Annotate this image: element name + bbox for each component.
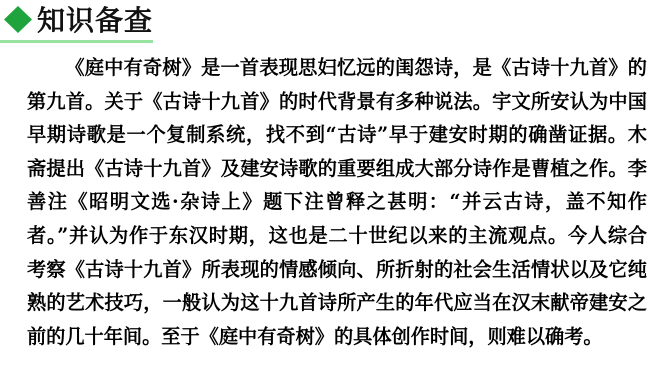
paragraph-line: 第九首。关于《古诗十九首》的时代背景有多种说法。宇文所安认为中国 (27, 85, 647, 119)
paragraph-line: 考察《古诗十九首》所表现的情感倾向、所折射的社会生活情状以及它纯 (27, 253, 647, 287)
paragraph-line: 早期诗歌是一个复制系统，找不到“古诗”早于建安时期的确凿证据。木 (27, 118, 647, 152)
paragraph-line: 善注《昭明文选·杂诗上》题下注曾释之甚明：“并云古诗，盖不知作 (27, 185, 647, 219)
paragraph-line: 熟的艺术技巧，一般认为这十九首诗所产生的年代应当在汉末献帝建安之 (27, 286, 647, 320)
slide-header: 知识备查 (0, 0, 668, 44)
body-paragraph: 《庭中有奇树》是一首表现思妇忆远的闺怨诗，是《古诗十九首》的 第九首。关于《古诗… (27, 51, 647, 353)
paragraph-line: 前的几十年间。至于《庭中有奇树》的具体创作时间，则难以确考。 (27, 320, 647, 354)
diamond-shape (4, 6, 32, 33)
slide: 知识备查 《庭中有奇树》是一首表现思妇忆远的闺怨诗，是《古诗十九首》的 第九首。… (0, 0, 668, 376)
title-underline (0, 40, 153, 43)
diamond-bullet-icon (4, 6, 32, 33)
paragraph-line: 《庭中有奇树》是一首表现思妇忆远的闺怨诗，是《古诗十九首》的 (27, 51, 647, 85)
paragraph-line: 斋提出《古诗十九首》及建安诗歌的重要组成大部分诗作是曹植之作。李 (27, 152, 647, 186)
paragraph-line: 者。”并认为作于东汉时期，这也是二十世纪以来的主流观点。今人综合 (27, 219, 647, 253)
page-title: 知识备查 (37, 4, 153, 38)
